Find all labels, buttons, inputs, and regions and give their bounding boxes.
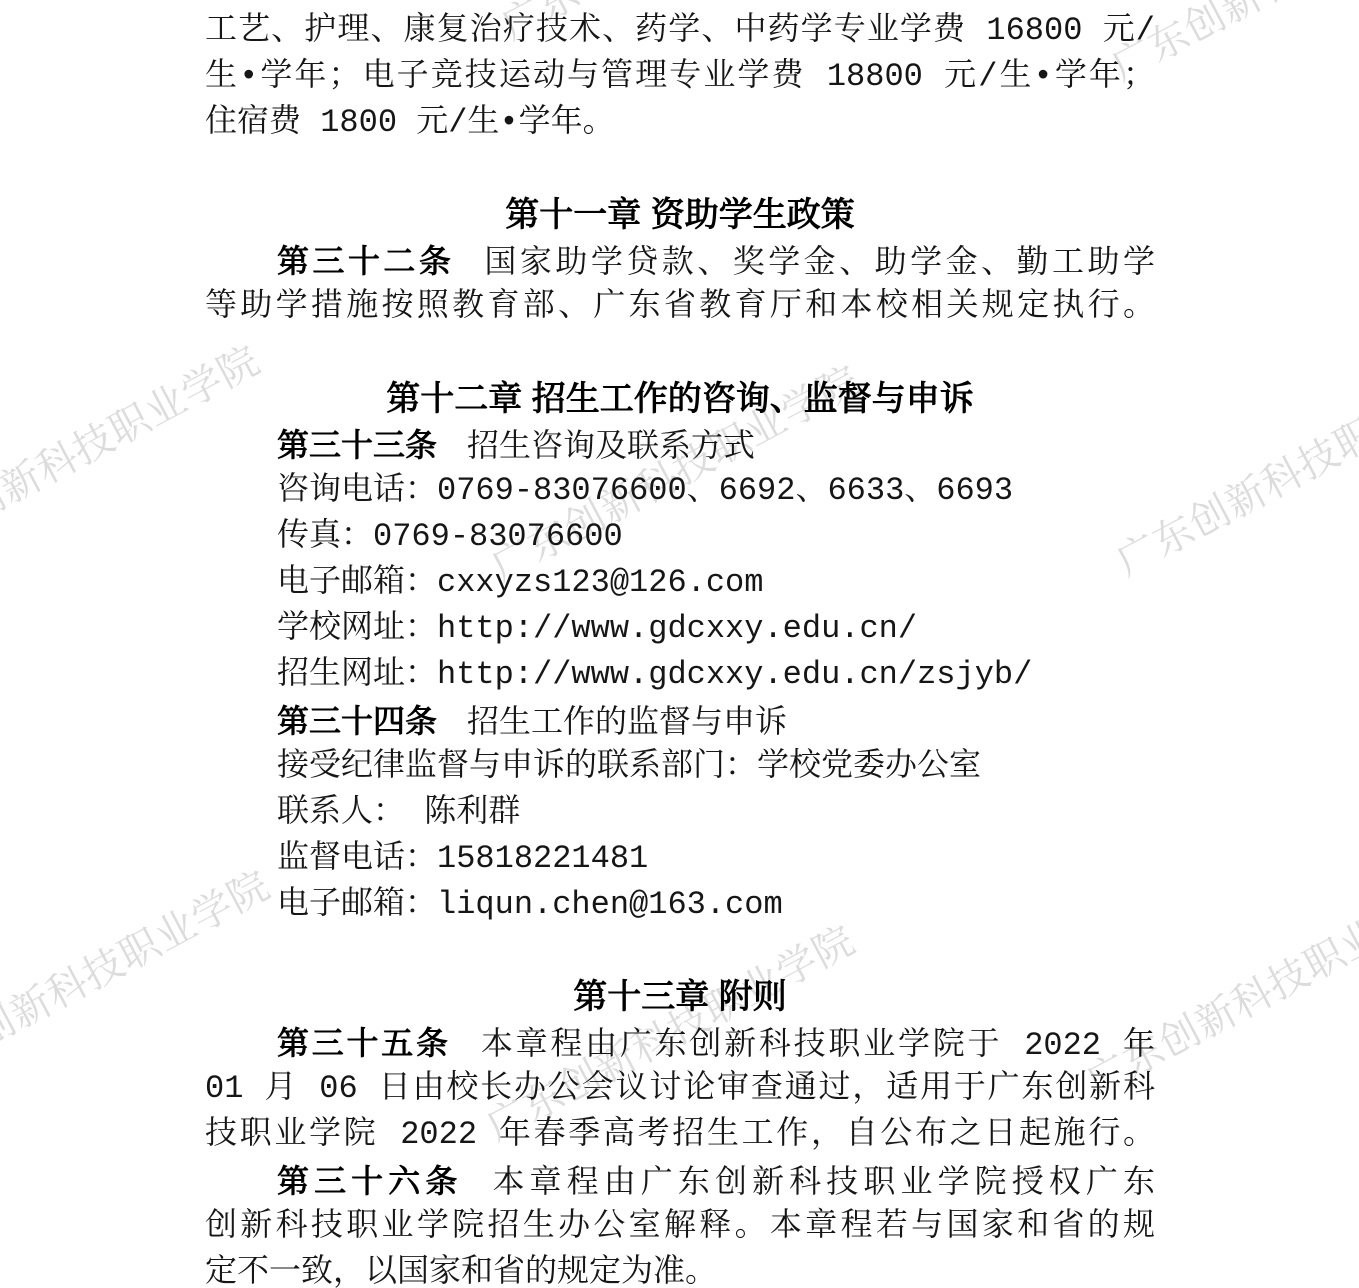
text-line: 第三十二条国家助学贷款、奖学金、助学金、勤工助学 bbox=[205, 238, 1155, 284]
line-text: 技职业学院 2022 年春季高考招生工作，自公布之日起施行。 bbox=[205, 1116, 1155, 1153]
line-text: 电子邮箱：liqun.chen@163.com bbox=[277, 886, 783, 923]
chapter-heading: 第十三章 附则 bbox=[205, 974, 1155, 1020]
spacer-line bbox=[205, 928, 1155, 974]
spacer-line bbox=[205, 146, 1155, 192]
line-text: 招生咨询及联系方式 bbox=[467, 429, 755, 466]
text-line: 第三十三条招生咨询及联系方式 bbox=[205, 422, 1155, 468]
text-line: 咨询电话：0769-83076600、6692、6633、6693 bbox=[205, 468, 1155, 514]
line-text: 本章程由广东创新科技职业学院授权广东 bbox=[492, 1165, 1155, 1202]
text-line: 第三十五条本章程由广东创新科技职业学院于 2022 年 bbox=[205, 1020, 1155, 1066]
text-line: 传真：0769-83076600 bbox=[205, 514, 1155, 560]
line-text: 等助学措施按照教育部、广东省教育厅和本校相关规定执行。 bbox=[205, 288, 1155, 325]
text-line: 监督电话：15818221481 bbox=[205, 836, 1155, 882]
document-page: 广东创新科技职业学院 广东创新科技职业学院 广东创新科技职业学院 广东创新科技职… bbox=[0, 0, 1359, 1288]
article-number: 第三十三条 bbox=[277, 427, 437, 463]
text-line: 第三十四条招生工作的监督与申诉 bbox=[205, 698, 1155, 744]
chapter-heading: 第十一章 资助学生政策 bbox=[205, 192, 1155, 238]
text-line: 生•学年；电子竞技运动与管理专业学费 18800 元/生•学年； bbox=[205, 54, 1155, 100]
text-line: 电子邮箱：liqun.chen@163.com bbox=[205, 882, 1155, 928]
line-text: 生•学年；电子竞技运动与管理专业学费 18800 元/生•学年； bbox=[205, 58, 1155, 95]
line-text: 创新科技职业学院招生办公室解释。本章程若与国家和省的规 bbox=[205, 1208, 1155, 1245]
text-line: 学校网址：http://www.gdcxxy.edu.cn/ bbox=[205, 606, 1155, 652]
line-text: 工艺、护理、康复治疗技术、药学、中药学专业学费 16800 元/ bbox=[205, 12, 1155, 49]
text-line: 创新科技职业学院招生办公室解释。本章程若与国家和省的规 bbox=[205, 1204, 1155, 1250]
line-text: 第十二章 招生工作的咨询、监督与申诉 bbox=[386, 380, 973, 418]
line-text: 定不一致，以国家和省的规定为准。 bbox=[205, 1254, 717, 1288]
line-text: 电子邮箱：cxxyzs123@126.com bbox=[277, 564, 763, 601]
text-line: 01 月 06 日由校长办公会议讨论审查通过，适用于广东创新科 bbox=[205, 1066, 1155, 1112]
article-number: 第三十二条 bbox=[277, 243, 454, 279]
text-line: 工艺、护理、康复治疗技术、药学、中药学专业学费 16800 元/ bbox=[205, 8, 1155, 54]
line-text: 第十一章 资助学生政策 bbox=[505, 196, 854, 234]
line-text: 招生网址：http://www.gdcxxy.edu.cn/zsjyb/ bbox=[277, 656, 1032, 693]
line-text: 01 月 06 日由校长办公会议讨论审查通过，适用于广东创新科 bbox=[205, 1070, 1155, 1107]
line-text: 接受纪律监督与申诉的联系部门：学校党委办公室 bbox=[277, 748, 981, 785]
article-number: 第三十五条 bbox=[277, 1025, 451, 1061]
text-line: 接受纪律监督与申诉的联系部门：学校党委办公室 bbox=[205, 744, 1155, 790]
line-text: 招生工作的监督与申诉 bbox=[467, 705, 787, 742]
line-text: 联系人： 陈利群 bbox=[277, 794, 520, 831]
line-text: 传真：0769-83076600 bbox=[277, 518, 623, 555]
document-body: 工艺、护理、康复治疗技术、药学、中药学专业学费 16800 元/生•学年；电子竞… bbox=[205, 8, 1155, 1288]
line-text: 咨询电话：0769-83076600、6692、6633、6693 bbox=[277, 472, 1013, 509]
article-number: 第三十六条 bbox=[277, 1163, 462, 1199]
line-text: 本章程由广东创新科技职业学院于 2022 年 bbox=[481, 1027, 1155, 1064]
line-text: 第十三章 附则 bbox=[573, 978, 786, 1016]
text-line: 住宿费 1800 元/生•学年。 bbox=[205, 100, 1155, 146]
text-line: 技职业学院 2022 年春季高考招生工作，自公布之日起施行。 bbox=[205, 1112, 1155, 1158]
line-text: 监督电话：15818221481 bbox=[277, 840, 648, 877]
text-line: 联系人： 陈利群 bbox=[205, 790, 1155, 836]
text-line: 第三十六条本章程由广东创新科技职业学院授权广东 bbox=[205, 1158, 1155, 1204]
spacer-line bbox=[205, 330, 1155, 376]
line-text: 住宿费 1800 元/生•学年。 bbox=[205, 104, 615, 141]
article-number: 第三十四条 bbox=[277, 703, 437, 739]
line-text: 国家助学贷款、奖学金、助学金、勤工助学 bbox=[484, 245, 1155, 282]
chapter-heading: 第十二章 招生工作的咨询、监督与申诉 bbox=[205, 376, 1155, 422]
text-line: 电子邮箱：cxxyzs123@126.com bbox=[205, 560, 1155, 606]
line-text: 学校网址：http://www.gdcxxy.edu.cn/ bbox=[277, 610, 917, 647]
text-line: 招生网址：http://www.gdcxxy.edu.cn/zsjyb/ bbox=[205, 652, 1155, 698]
text-line: 等助学措施按照教育部、广东省教育厅和本校相关规定执行。 bbox=[205, 284, 1155, 330]
text-line: 定不一致，以国家和省的规定为准。 bbox=[205, 1250, 1155, 1288]
